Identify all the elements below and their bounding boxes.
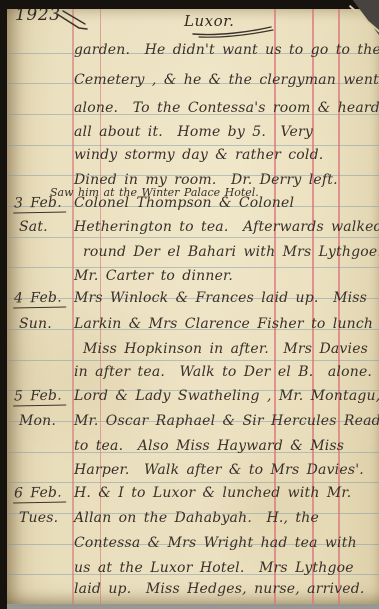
- entry-date-label: 3 Feb.: [13, 193, 66, 213]
- entry-text: Mr. Carter to dinner.: [74, 267, 233, 285]
- entry-text: Allan on the Dahabyah. H., the: [74, 509, 319, 527]
- photo-top-edge: [0, 0, 379, 9]
- entry-text: alone. To the Contessa's room & heard: [74, 99, 379, 117]
- entry-text: windy stormy day & rather cold.: [74, 146, 323, 164]
- entry-text: laid up. Miss Hedges, nurse, arrived.: [74, 580, 365, 598]
- entry-date-label: 5 Feb.: [13, 386, 66, 406]
- ruled-line: [7, 237, 379, 238]
- entry-text: Mrs Winlock & Frances laid up. Miss: [74, 289, 367, 307]
- entry-text: Contessa & Mrs Wright had tea with: [74, 534, 357, 552]
- entry-day-label: Tues.: [19, 509, 58, 527]
- entry-text: Colonel Thompson & Colonel: [74, 194, 294, 212]
- entry-text: Larkin & Mrs Clarence Fisher to lunch &: [74, 315, 379, 333]
- entry-date-label: 4 Feb.: [13, 288, 66, 308]
- diary-page-scan: 1923 Luxor. garden. He didn't want us to…: [0, 0, 379, 609]
- entry-day-label: Sun.: [19, 315, 52, 333]
- entry-text: round Der el Bahari with Mrs Lythgoe.: [83, 243, 379, 261]
- photo-left-edge: [0, 0, 7, 609]
- title-flourish-icon: [191, 23, 275, 39]
- entry-text: Lord & Lady Swatheling , Mr. Montagu,: [74, 387, 379, 405]
- entry-text: Harper. Walk after & to Mrs Davies'.: [74, 461, 364, 479]
- entry-day-label: Sat.: [19, 218, 48, 236]
- entry-text: to tea. Also Miss Hayward & Miss: [74, 437, 344, 455]
- entry-text: Cemetery , & he & the clergyman went: [74, 71, 379, 89]
- entry-text: Miss Hopkinson in after. Mrs Davies: [83, 340, 368, 358]
- entry-text: us at the Luxor Hotel. Mrs Lythgoe: [74, 559, 354, 577]
- year-flourish-icon: [55, 9, 89, 33]
- entry-date-label: 6 Feb.: [13, 483, 66, 503]
- entry-text: all about it. Home by 5. Very: [74, 123, 313, 141]
- entry-text: H. & I to Luxor & lunched with Mr.: [74, 484, 351, 502]
- entry-text: Hetherington to tea. Afterwards walked: [74, 218, 379, 236]
- ruled-line: [7, 360, 379, 361]
- ruled-line: [7, 605, 379, 606]
- entry-text: garden. He didn't want us to go to the: [74, 41, 379, 59]
- entry-text: Mr. Oscar Raphael & Sir Hercules Read: [74, 412, 379, 430]
- entry-day-label: Mon.: [19, 412, 56, 430]
- entry-text: in after tea. Walk to Der el B. alone.: [74, 363, 372, 381]
